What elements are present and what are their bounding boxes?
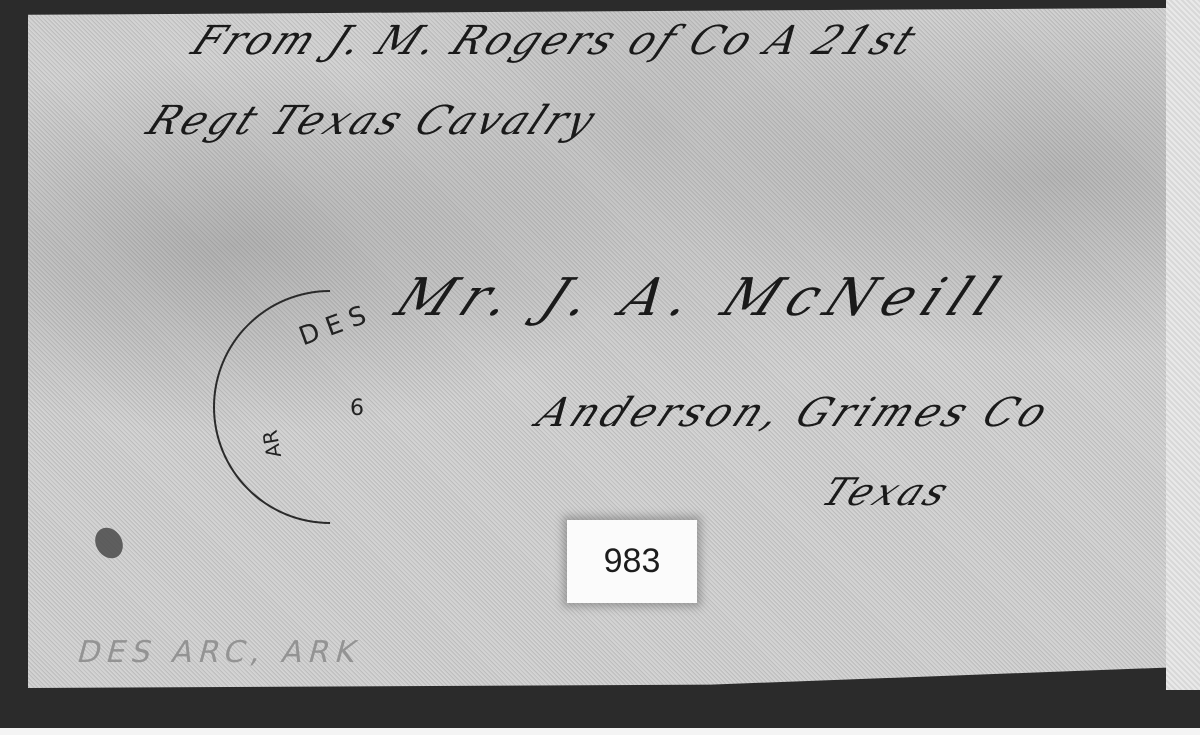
right-edge-strip <box>1166 0 1200 690</box>
addressee-state: Texas <box>815 470 959 514</box>
postmark-state: AR <box>258 428 286 459</box>
sender-endorsement-line1: From J. M. Rogers of Co A 21st <box>184 18 926 64</box>
postmark-day: 6 <box>350 396 364 421</box>
addressee-name: Mr. J. A. McNeill <box>386 268 1018 328</box>
pencil-notation: DES ARC, ARK <box>73 635 366 670</box>
reference-number: 983 <box>604 542 661 581</box>
sender-endorsement-line2: Regt Texas Cavalry <box>139 98 605 144</box>
bottom-margin <box>0 728 1200 735</box>
addressee-town: Anderson, Grimes Co <box>529 390 1059 436</box>
reference-number-label: 983 <box>567 520 697 603</box>
